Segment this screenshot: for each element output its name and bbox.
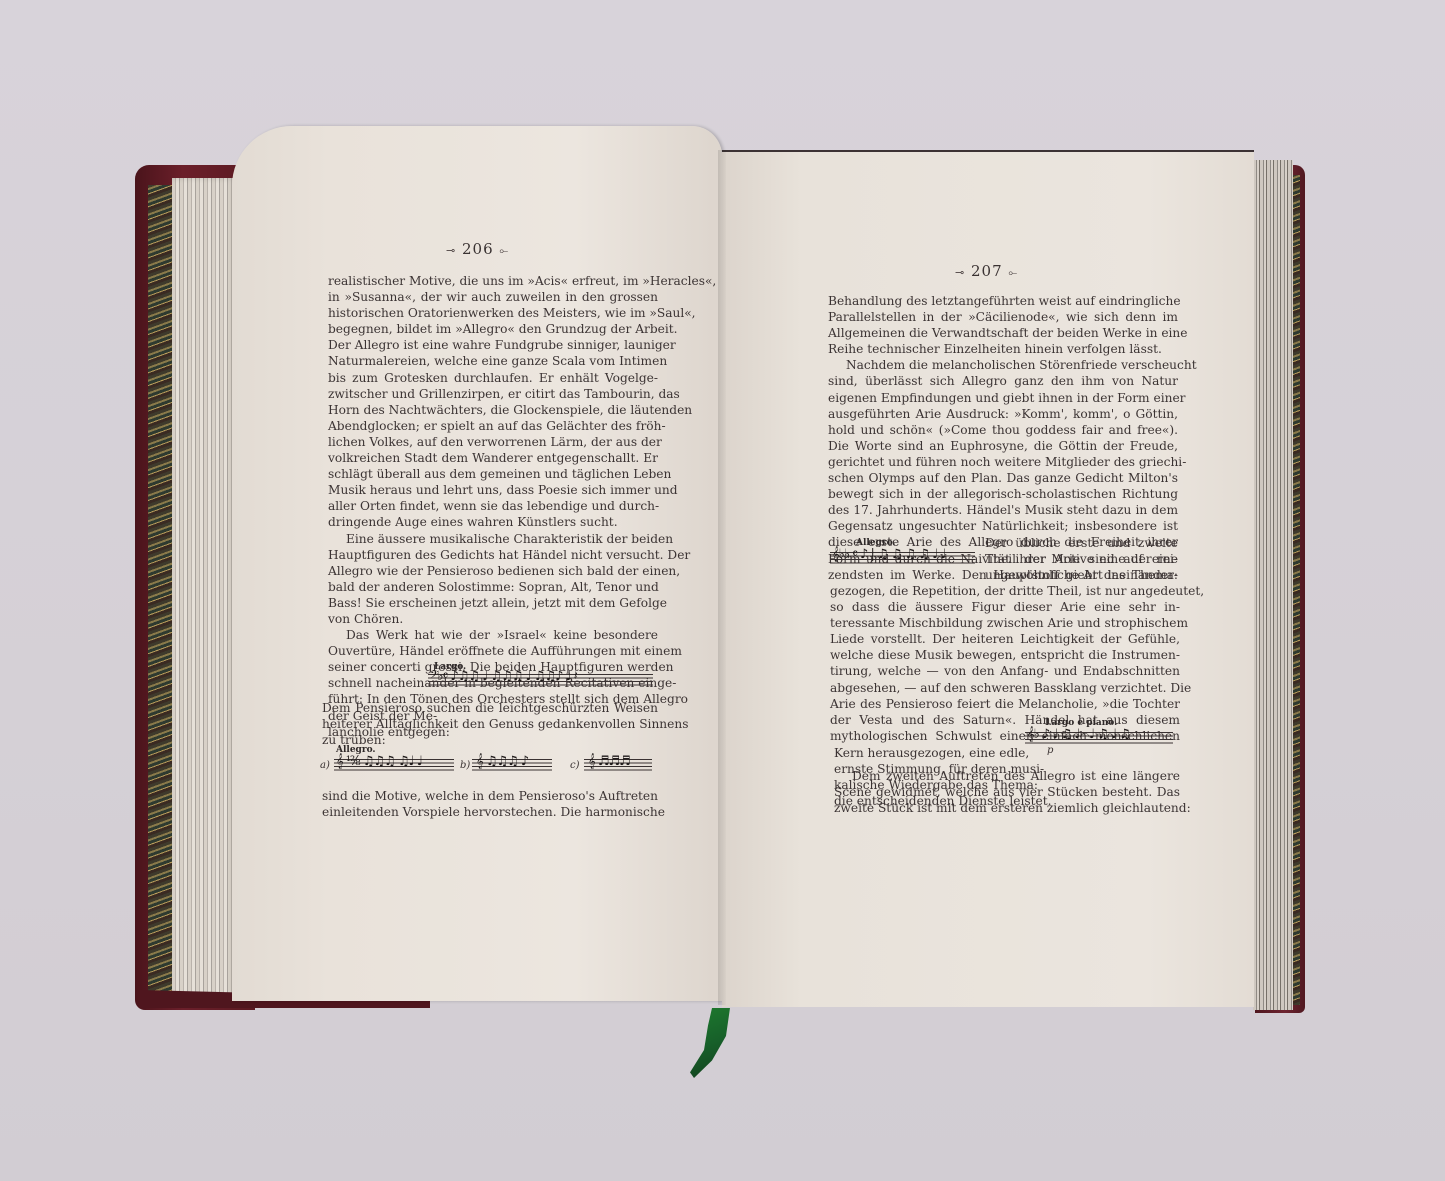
page-edges-right [1253, 160, 1293, 1010]
music-example-allegro-theme: Allegro. 𝄞♭♭ 𝄴 ♪ | ♫ ♫ ♫ ♫ ♩ ♩ [830, 538, 978, 572]
ornament-icon: ⊸ [955, 266, 965, 279]
ornament-icon: ⊸ [446, 244, 456, 257]
music-notes: 𝄢♭𝄴 ♪♫♫ ♩ ♫♫♫ ♩ ♫♫♪ ♩ 𝄽 [430, 669, 577, 684]
left-page-body-2: Dem Pensieroso suchen die leichtgeschürz… [322, 700, 658, 748]
right-page-beside-allegro: Der übliche erste und zweite Theil der A… [985, 535, 1178, 583]
dynamic-marking: p [1047, 745, 1053, 756]
ornament-icon: ⟜ [499, 244, 509, 257]
page-number-left: ⊸ 206 ⟜ [446, 240, 509, 258]
ornament-icon: ⟜ [1008, 266, 1018, 279]
page-number-right: ⊸ 207 ⟜ [955, 262, 1018, 280]
left-page-body-3: sind die Motive, welche in dem Pensieros… [322, 788, 658, 820]
page-edges-left [172, 178, 237, 1000]
music-example-motives: Allegro. a) 𝄞 ¹²⁄₈ ♫♫♫ ♫♩ ♩ b) 𝄞 ♫♫♫ ♪ c… [320, 745, 660, 780]
music-example-largo: Largo. 𝄢♭𝄴 ♪♫♫ ♩ ♫♫♫ ♩ ♫♫♪ ♩ 𝄽 [428, 662, 653, 692]
right-page-body-3: Dem zweiten Auftreten des Allegro ist ei… [834, 768, 1180, 816]
marbled-endpaper-left [148, 185, 174, 995]
book-gutter [718, 150, 726, 1005]
music-example-largo-e-piano: Largo e piano. 𝄞♭ ♪ ♩ ♫ ♩⌒♩ ♫ ♩ ♫ p [1025, 718, 1175, 756]
